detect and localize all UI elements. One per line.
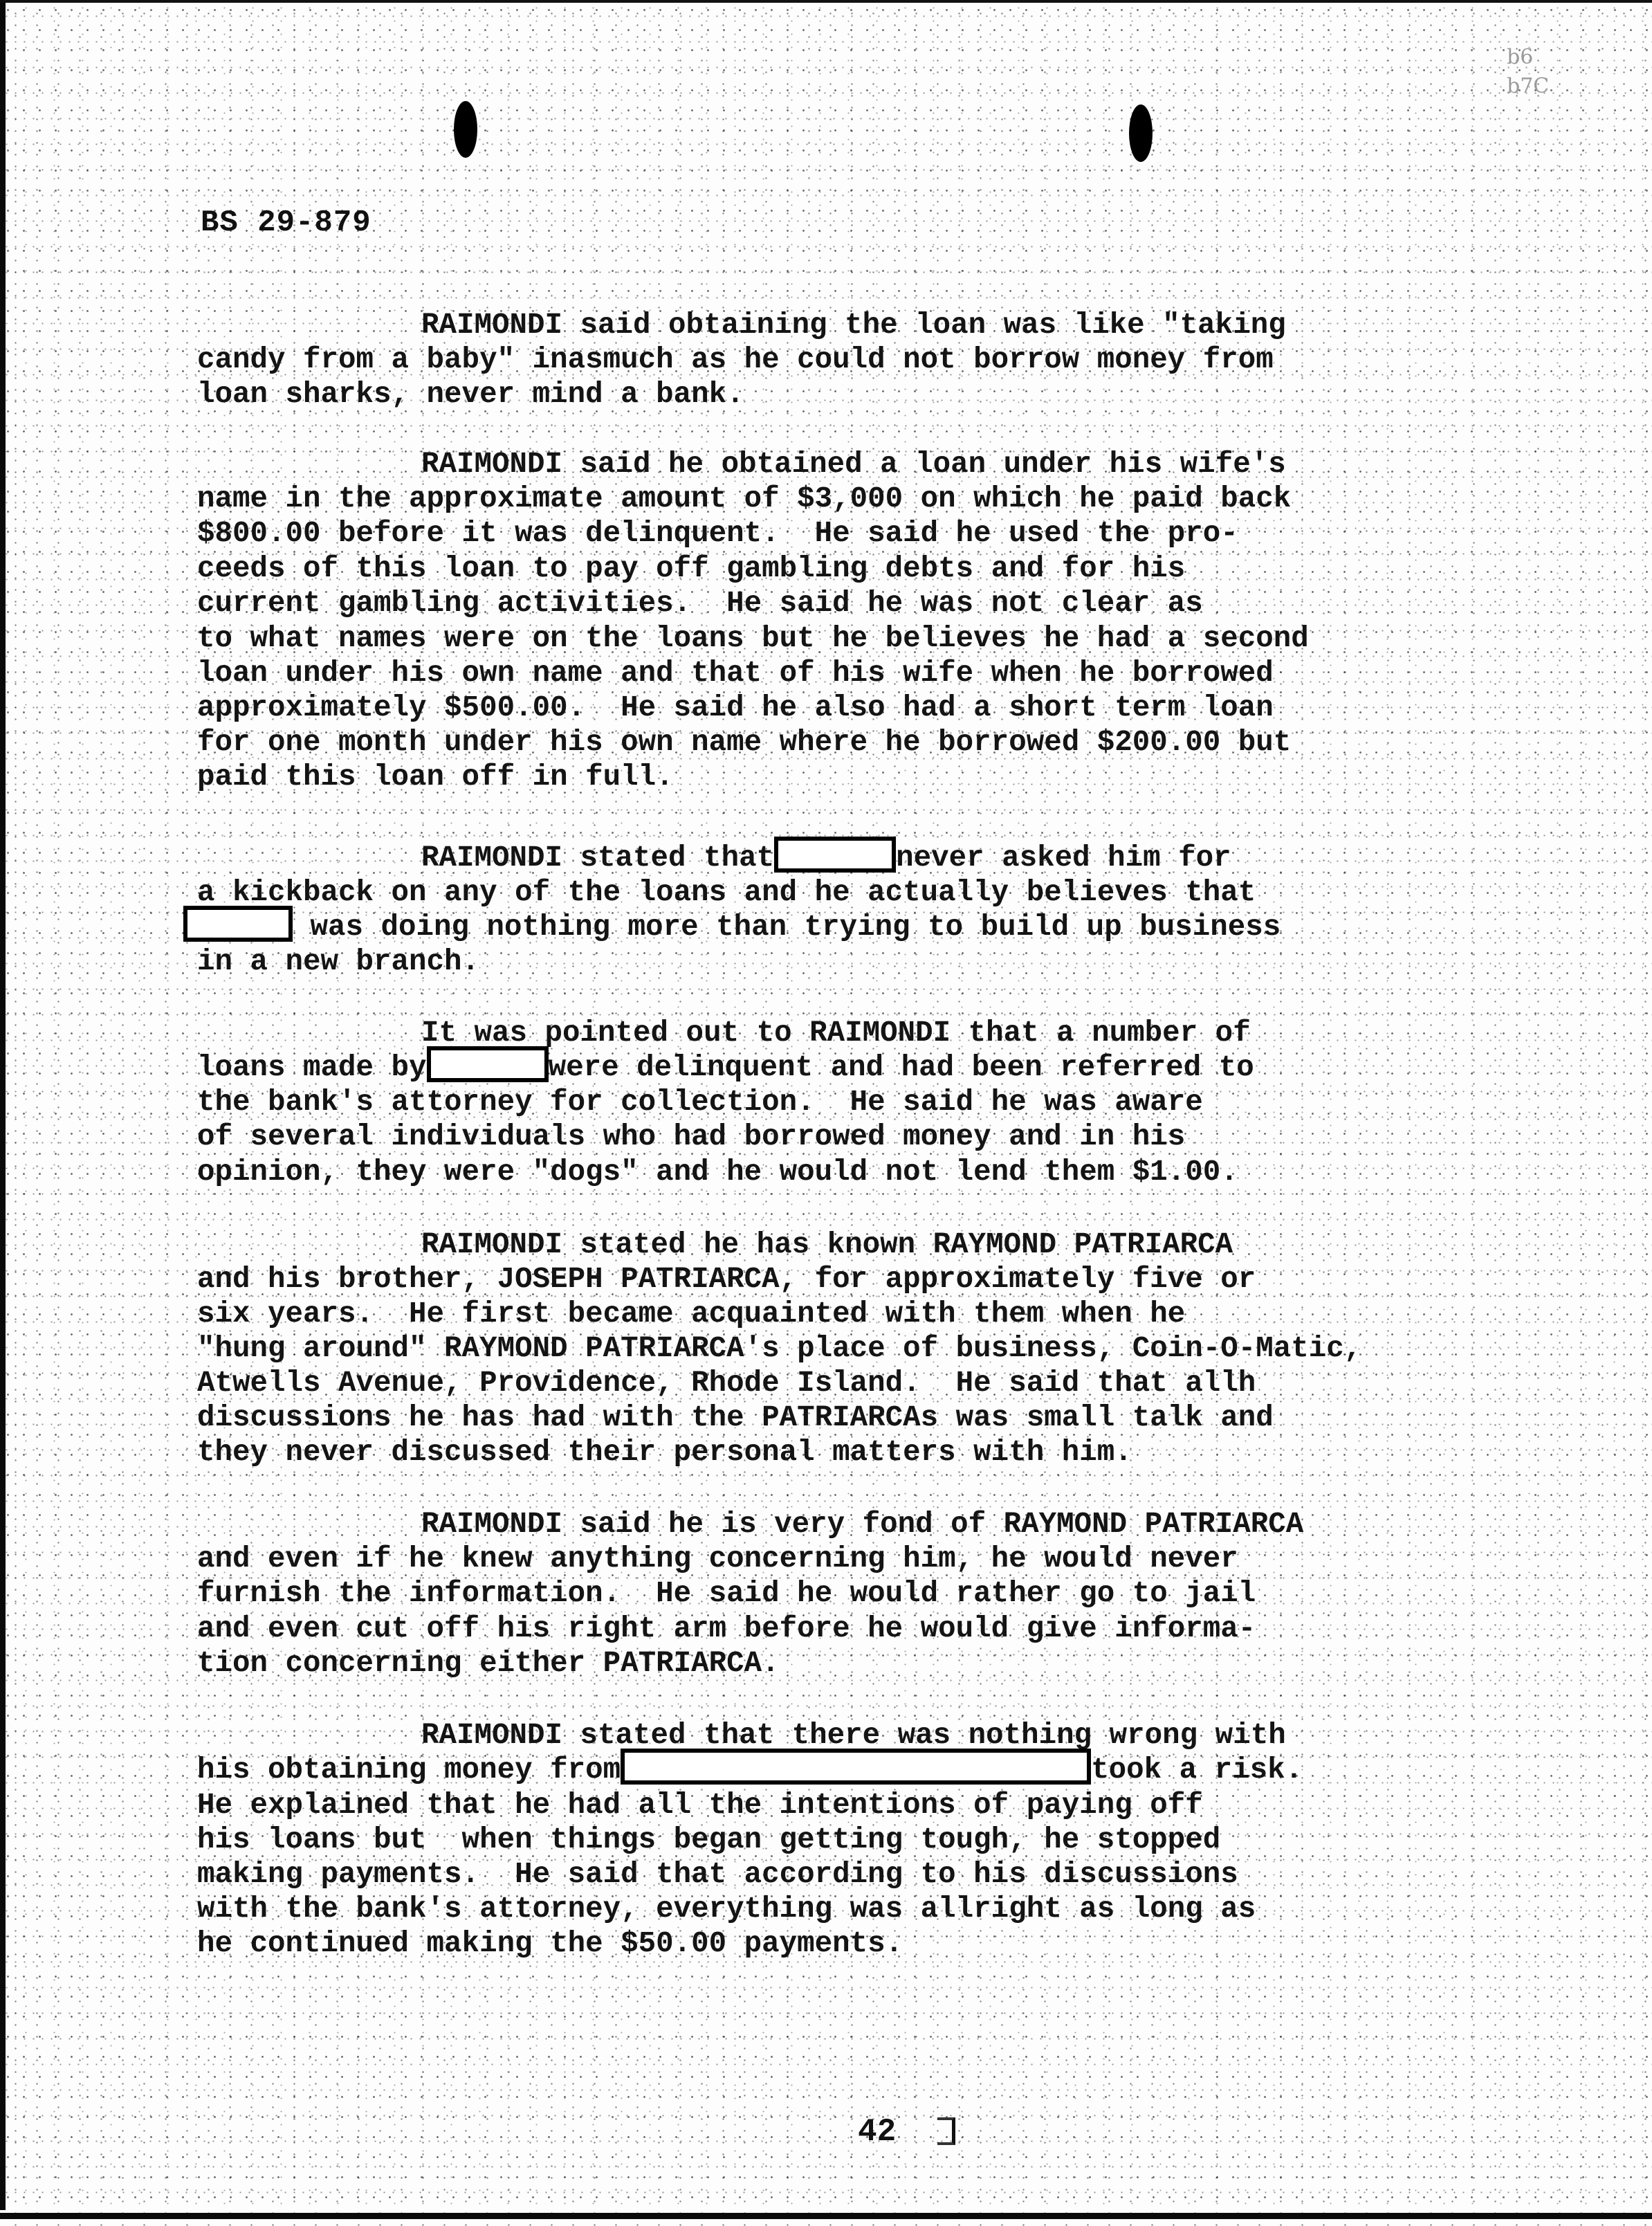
text-line: It was pointed out to RAIMONDI that a nu… <box>197 1015 1251 1051</box>
text-line: "hung around" RAYMOND PATRIARCA's place … <box>197 1331 1361 1367</box>
text-line: loans made bywere delinquent and had bee… <box>197 1050 1254 1086</box>
text-line: RAIMONDI said obtaining the loan was lik… <box>197 307 1286 343</box>
bracket-mark-icon <box>937 2117 955 2145</box>
text-line: ceeds of this loan to pay off gambling d… <box>197 551 1185 587</box>
text-line: the bank's attorney for collection. He s… <box>197 1084 1203 1120</box>
text-line: and even cut off his right arm before he… <box>197 1611 1256 1647</box>
text-line: RAIMONDI said he is very fond of RAYMOND… <box>197 1506 1303 1542</box>
redaction-box <box>183 906 293 942</box>
redaction-box <box>774 837 896 873</box>
text-line: for one month under his own name where h… <box>197 724 1291 760</box>
exemption-code-b7c: b7C <box>1507 76 1549 97</box>
text-line: making payments. He said that according … <box>197 1856 1238 1892</box>
text-line: He explained that he had all the intenti… <box>197 1787 1203 1823</box>
document-page: b6 b7C BS 29-879 RAIMONDI said obtaining… <box>0 0 1652 2226</box>
text-line: tion concerning either PATRIARCA. <box>197 1645 780 1681</box>
text-line: to what names were on the loans but he b… <box>197 621 1309 657</box>
page-border-bottom <box>0 2213 1652 2219</box>
text-line: discussions he has had with the PATRIARC… <box>197 1400 1274 1436</box>
text-line: opinion, they were "dogs" and he would n… <box>197 1154 1238 1190</box>
text-line: they never discussed their personal matt… <box>197 1434 1132 1470</box>
text-line: RAIMONDI said he obtained a loan under h… <box>197 446 1286 482</box>
text-line: and his brother, JOSEPH PATRIARCA, for a… <box>197 1261 1256 1297</box>
text-line: paid this loan off in full. <box>197 759 674 795</box>
text-line: six years. He first became acquainted wi… <box>197 1296 1185 1332</box>
text-line: candy from a baby" inasmuch as he could … <box>197 342 1274 378</box>
text-line: approximately $500.00. He said he also h… <box>197 690 1274 726</box>
text-line: RAIMONDI stated he has known RAYMOND PAT… <box>197 1227 1233 1263</box>
text-line: furnish the information. He said he woul… <box>197 1576 1256 1612</box>
text-line: loan under his own name and that of his … <box>197 655 1274 691</box>
text-line: his obtaining money fromtook a risk. <box>197 1752 1303 1788</box>
text-line: of several individuals who had borrowed … <box>197 1119 1185 1155</box>
text-line: and even if he knew anything concerning … <box>197 1541 1238 1577</box>
text-line: he continued making the $50.00 payments. <box>197 1926 903 1962</box>
redaction-box <box>427 1046 549 1082</box>
page-number: 42 <box>858 2116 896 2148</box>
text-line: was doing nothing more than trying to bu… <box>197 909 1281 945</box>
text-line: his loans but when things began getting … <box>197 1822 1220 1858</box>
text-line: a kickback on any of the loans and he ac… <box>197 875 1256 911</box>
text-line: RAIMONDI stated thatnever asked him for <box>197 840 1231 876</box>
page-border-left <box>0 3 6 2210</box>
text-line: name in the approximate amount of $3,000… <box>197 481 1291 517</box>
text-line: loan sharks, never mind a bank. <box>197 376 744 412</box>
text-line: current gambling activities. He said he … <box>197 585 1203 621</box>
text-line: Atwells Avenue, Providence, Rhode Island… <box>197 1365 1256 1401</box>
redaction-box <box>621 1749 1091 1785</box>
text-line: in a new branch. <box>197 944 479 980</box>
document-body: RAIMONDI said obtaining the loan was lik… <box>197 0 1512 1860</box>
text-line: $800.00 before it was delinquent. He sai… <box>197 516 1238 551</box>
text-line: with the bank's attorney, everything was… <box>197 1891 1256 1927</box>
